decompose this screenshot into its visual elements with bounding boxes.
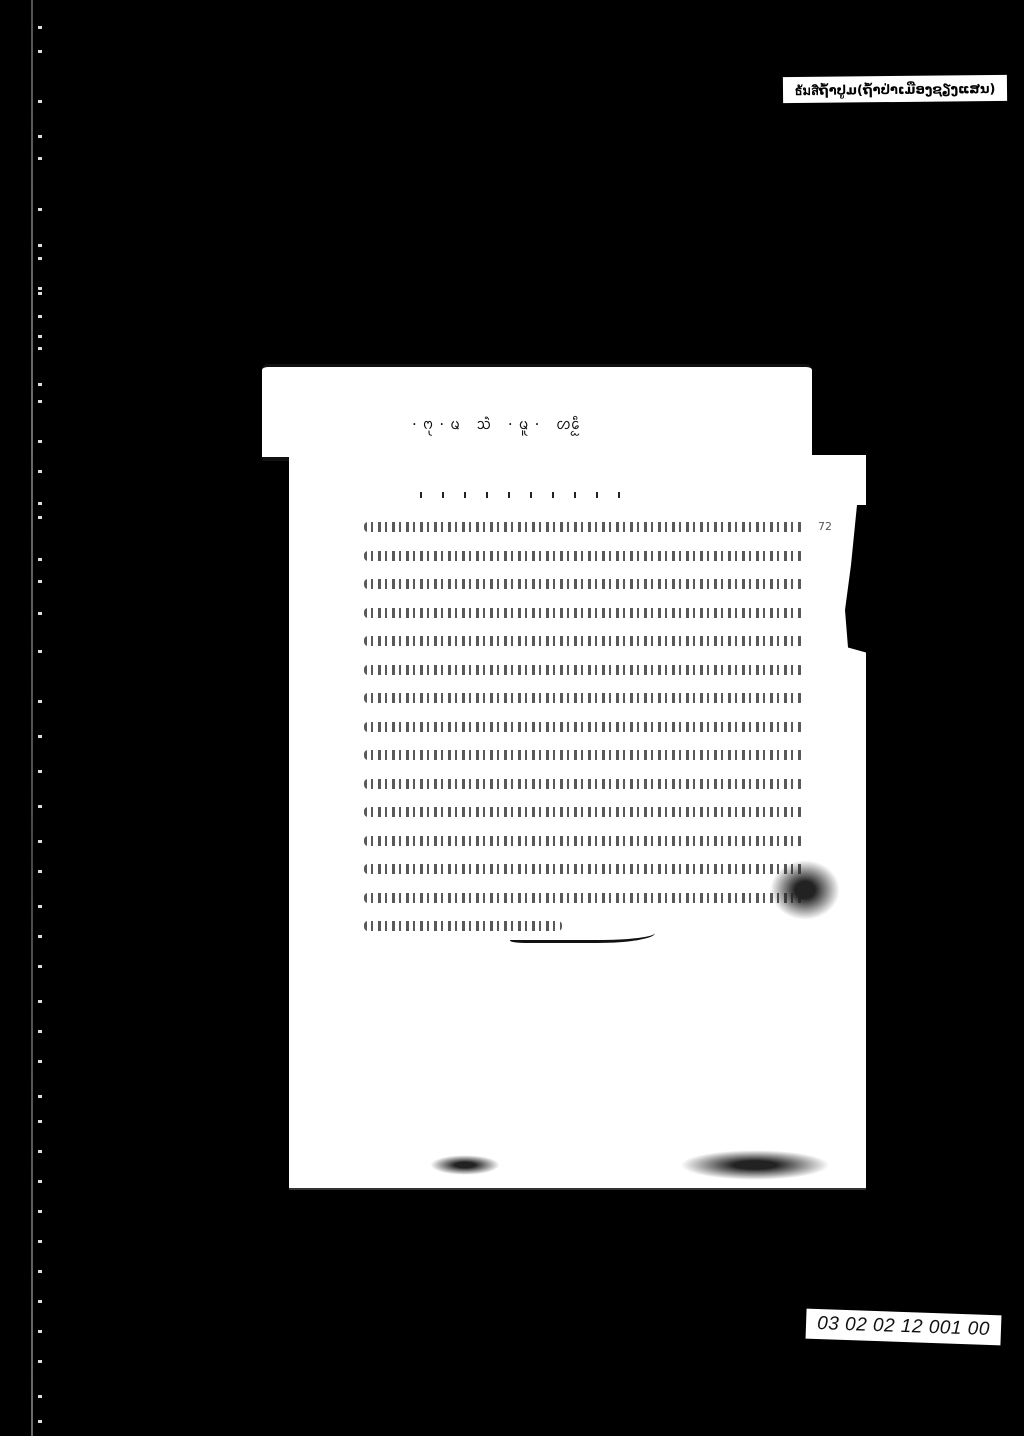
catalog-number-label: 03 02 02 12 001 00 <box>806 1309 1002 1346</box>
scan-edge-tick <box>38 287 42 290</box>
scan-edge-tick <box>38 135 42 138</box>
manuscript-line <box>364 569 804 598</box>
scan-edge-tick <box>38 383 42 386</box>
margin-number: 72 <box>818 520 832 533</box>
scan-edge-line <box>31 0 33 1436</box>
manuscript-line <box>364 826 804 855</box>
scan-edge-tick <box>38 1030 42 1033</box>
manuscript-line <box>364 740 804 769</box>
scan-edge-tick <box>38 26 42 29</box>
scan-edge-tick <box>38 157 42 160</box>
manuscript-line <box>364 797 804 826</box>
scan-edge-tick <box>38 400 42 403</box>
scan-edge-tick <box>38 208 42 211</box>
scan-edge-tick <box>38 1000 42 1003</box>
scan-edge-tick <box>38 840 42 843</box>
scan-edge-tick <box>38 502 42 505</box>
scan-edge-tick <box>38 244 42 247</box>
scan-edge-tick <box>38 935 42 938</box>
scan-edge-tick <box>38 1240 42 1243</box>
collection-title-label: ธัมสิຖ້ຳປູມ(ຖ້ຳປ່າເມືອງຊຽງແສນ) <box>783 75 1007 103</box>
scan-edge-marks <box>36 0 46 1436</box>
scan-edge-tick <box>38 1060 42 1063</box>
manuscript-line <box>364 598 804 627</box>
scan-edge-tick <box>38 516 42 519</box>
scan-edge-tick <box>38 905 42 908</box>
scan-edge-tick <box>38 558 42 561</box>
manuscript-line <box>364 541 804 570</box>
flap-title-text: ·ᨻᩩ·ᨾ ᩈᩫ ·ᨾᩪ· ᩉᩮᩬᩥ <box>412 413 586 437</box>
manuscript-line <box>364 769 804 798</box>
scan-edge-tick <box>38 735 42 738</box>
scan-edge-tick <box>38 257 42 260</box>
manuscript-line <box>364 854 804 883</box>
scan-edge-tick <box>38 292 42 295</box>
dotted-marks <box>420 492 620 498</box>
scan-edge-tick <box>38 1330 42 1333</box>
scan-edge-tick <box>38 1420 42 1423</box>
scan-edge-tick <box>38 650 42 653</box>
scan-edge-tick <box>38 50 42 53</box>
scan-edge-tick <box>38 870 42 873</box>
manuscript-line <box>364 712 804 741</box>
scan-edge-tick <box>38 335 42 338</box>
manuscript-line <box>364 683 804 712</box>
manuscript-line <box>364 626 804 655</box>
stain <box>430 1155 500 1175</box>
scan-edge-tick <box>38 470 42 473</box>
scan-edge-tick <box>38 1395 42 1398</box>
scan-edge-tick <box>38 1300 42 1303</box>
scan-edge-tick <box>38 1180 42 1183</box>
manuscript-line <box>364 512 804 541</box>
scan-edge-tick <box>38 770 42 773</box>
scan-edge-tick <box>38 1360 42 1363</box>
manuscript-line <box>364 883 804 912</box>
scan-edge-tick <box>38 612 42 615</box>
scan-edge-tick <box>38 100 42 103</box>
catalog-number-text: 03 02 02 12 001 00 <box>817 1313 990 1341</box>
scan-edge-tick <box>38 1150 42 1153</box>
scan-edge-tick <box>38 440 42 443</box>
scan-edge-tick <box>38 1210 42 1213</box>
manuscript-top-flap: ·ᨻᩩ·ᨾ ᩈᩫ ·ᨾᩪ· ᩉᩮᩬᩥ <box>262 364 812 461</box>
collection-title-text: ธัมสิຖ້ຳປູມ(ຖ້ຳປ່າເມືອງຊຽງແສນ) <box>794 77 995 100</box>
scan-edge-tick <box>38 315 42 318</box>
scan-edge-tick <box>38 965 42 968</box>
scan-edge-tick <box>38 1120 42 1123</box>
stain <box>680 1150 830 1180</box>
scan-edge-tick <box>38 700 42 703</box>
scan-edge-tick <box>38 805 42 808</box>
manuscript-line <box>364 655 804 684</box>
scan-edge-tick <box>38 1095 42 1098</box>
scan-edge-tick <box>38 580 42 583</box>
scan-edge-tick <box>38 347 42 350</box>
manuscript-text-block <box>364 512 804 940</box>
signature-mark <box>510 918 655 943</box>
scan-edge-tick <box>38 1270 42 1273</box>
